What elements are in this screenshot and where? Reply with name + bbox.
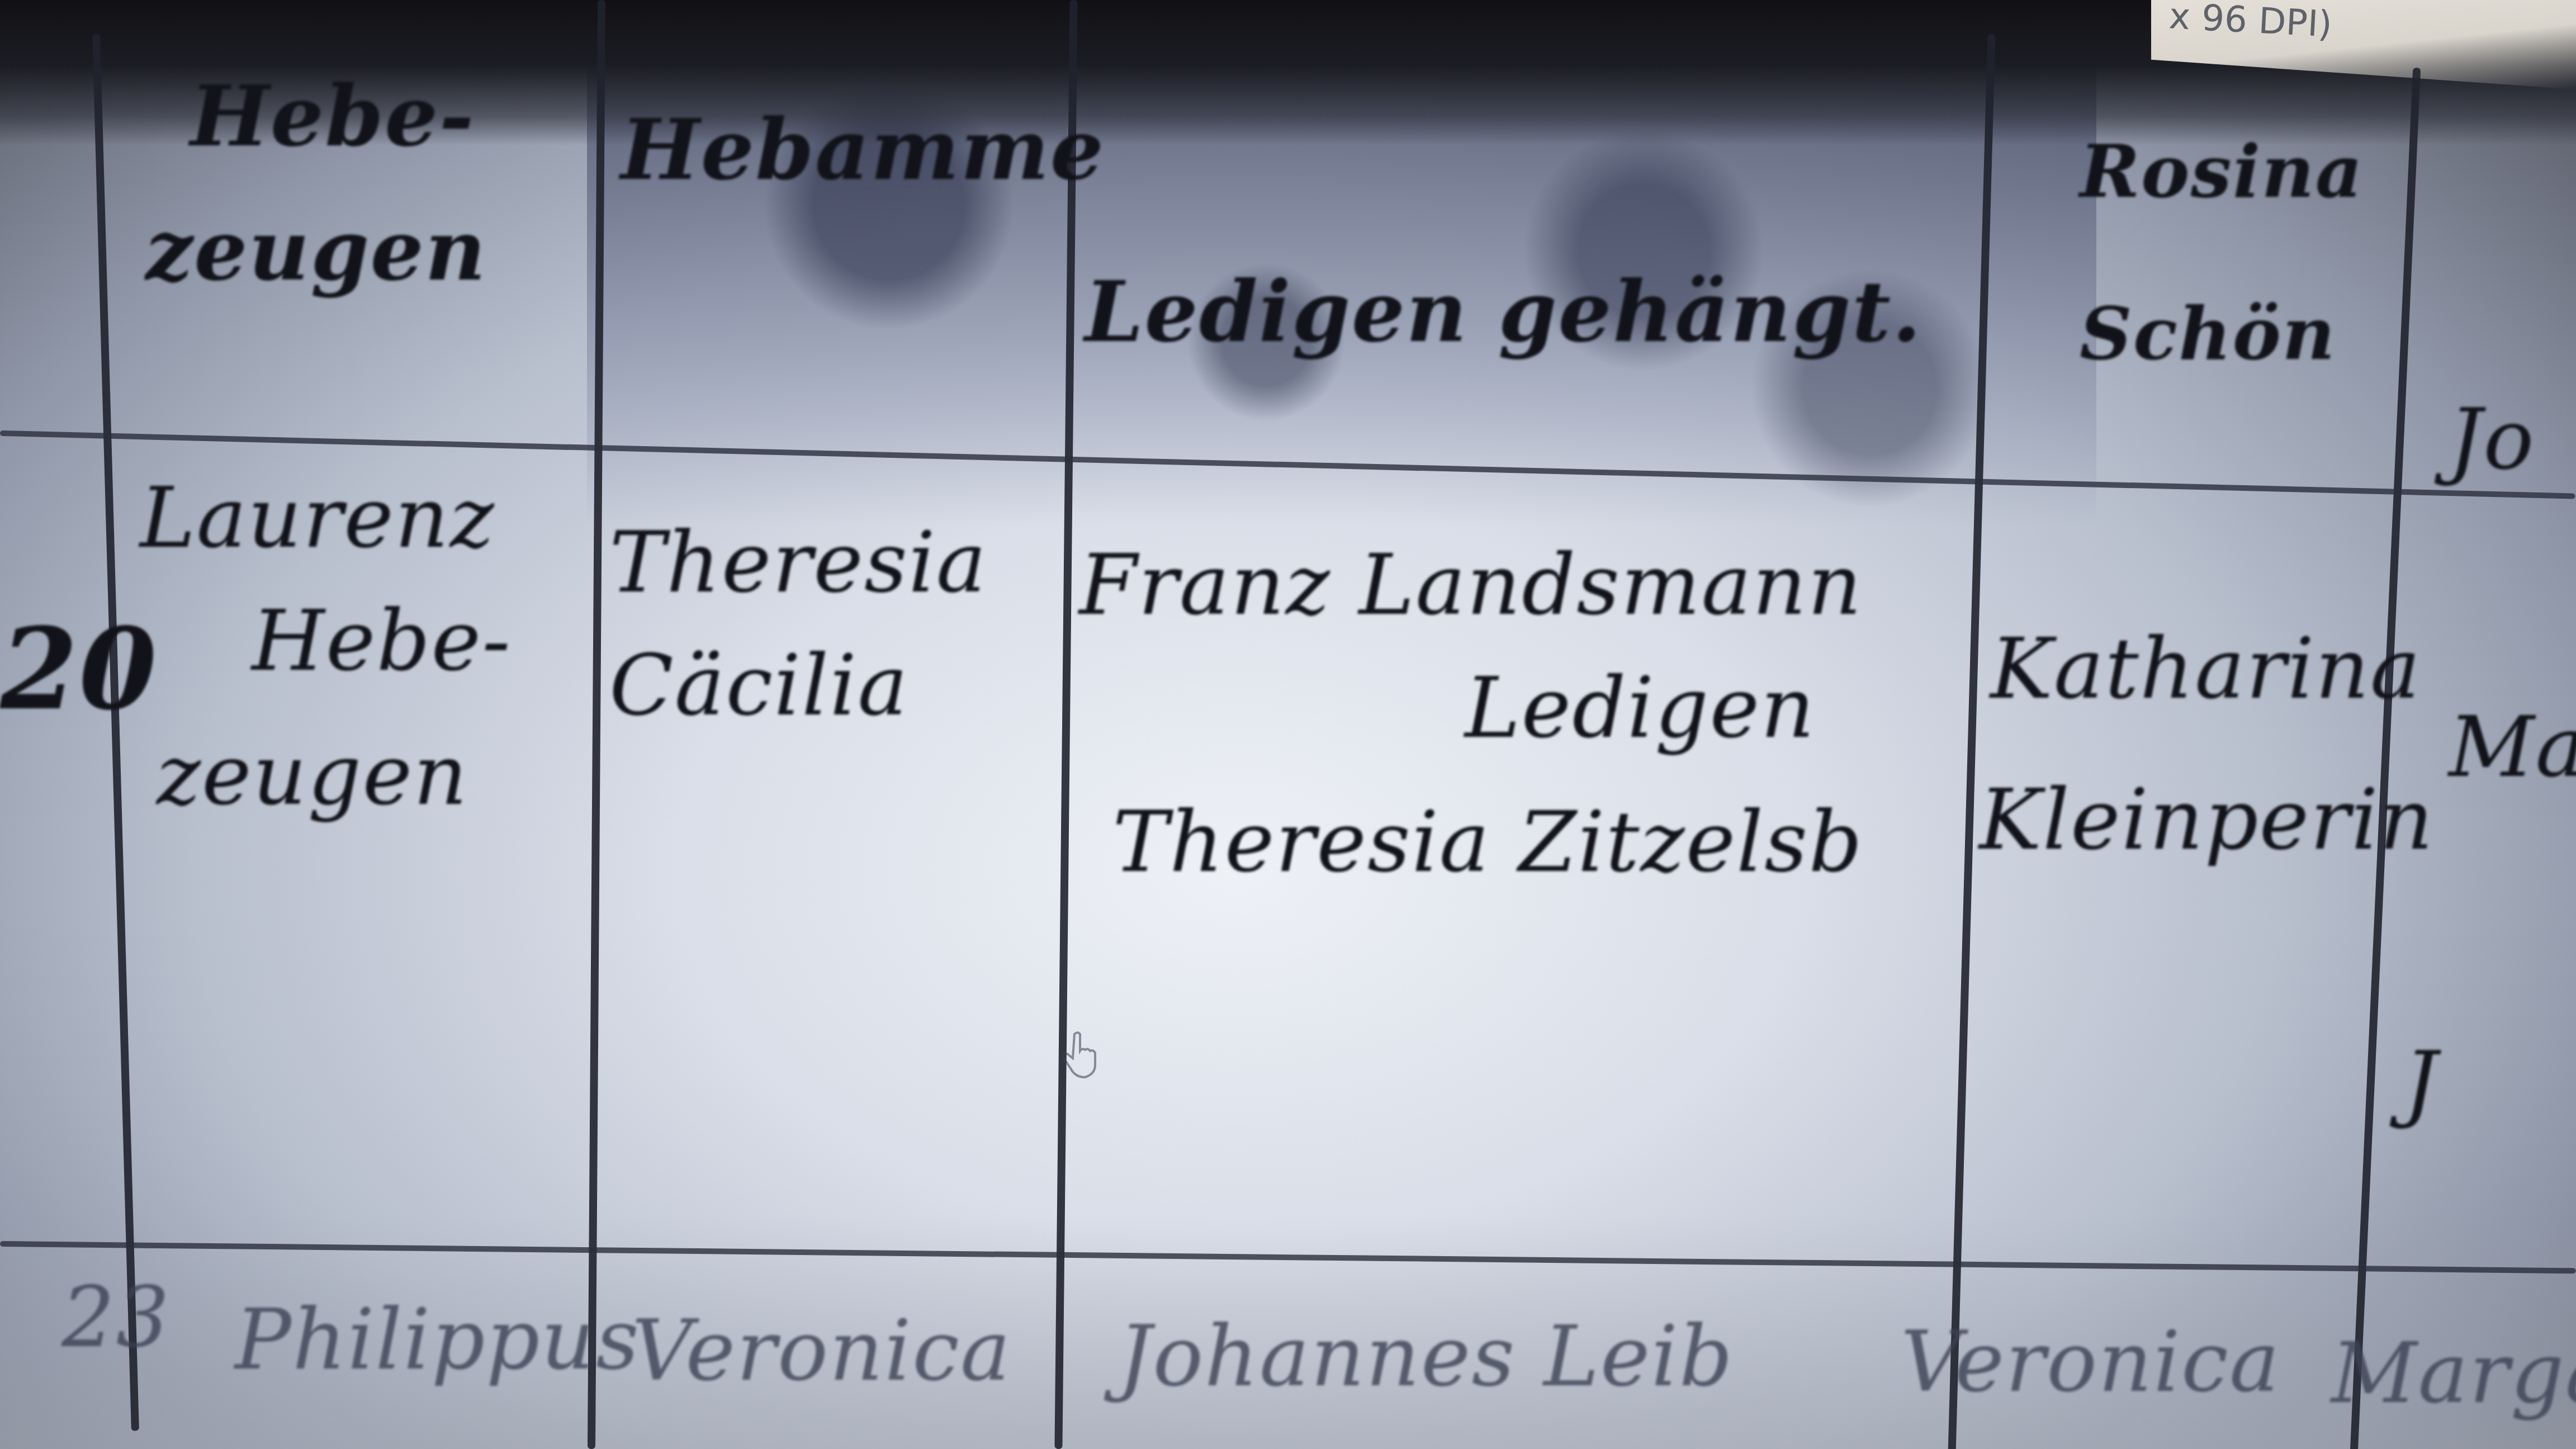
entry-number: 23 xyxy=(61,1269,171,1366)
entry-col4: Veronica xyxy=(1901,1314,2280,1411)
entry-col3-line1: Franz Landsmann xyxy=(1079,537,1863,634)
entry-col1: Philippus xyxy=(235,1291,640,1389)
header-col1-line2: zeugen xyxy=(145,201,487,300)
entry-col5: Margar xyxy=(2331,1325,2576,1422)
entry-col2: Veronica xyxy=(632,1303,1011,1400)
entry-col1-line3: zeugen xyxy=(157,727,468,824)
entry-col5-line1: Jo xyxy=(2449,391,2535,489)
entry-col1-line1: Laurenz xyxy=(140,470,495,567)
entry-col4-line2: Kleinperin xyxy=(1979,771,2434,869)
entry-col2-line1: Theresia xyxy=(609,514,987,612)
header-col4-line2: Schön xyxy=(2080,291,2336,376)
header-col1-line1: Hebe- xyxy=(190,67,475,165)
entry-col3: Johannes Leib xyxy=(1118,1308,1734,1405)
header-col4-line1: Rosina xyxy=(2080,129,2364,214)
entry-number: 20 xyxy=(0,604,158,735)
entry-col3-line2: Ledigen xyxy=(1465,660,1816,757)
scanned-register-viewer: x 96 DPI) Hebe- zeugen Hebamme Ledigen g… xyxy=(0,0,2576,1449)
entry-col2-line2: Cäcilia xyxy=(609,637,909,735)
header-col3: Ledigen gehängt. xyxy=(1085,263,1922,361)
entry-col4-line1: Katharina xyxy=(1990,621,2422,718)
header-col2: Hebamme xyxy=(621,101,1105,199)
entry-col1-line2: Hebe- xyxy=(252,593,512,690)
hand-pointer-icon xyxy=(1062,1029,1101,1079)
entry-col5-line3: J xyxy=(2404,1034,2438,1131)
entry-col3-line3: Theresia Zitzelsb xyxy=(1112,794,1863,891)
entry-col5-line2: Ma xyxy=(2449,699,2576,796)
